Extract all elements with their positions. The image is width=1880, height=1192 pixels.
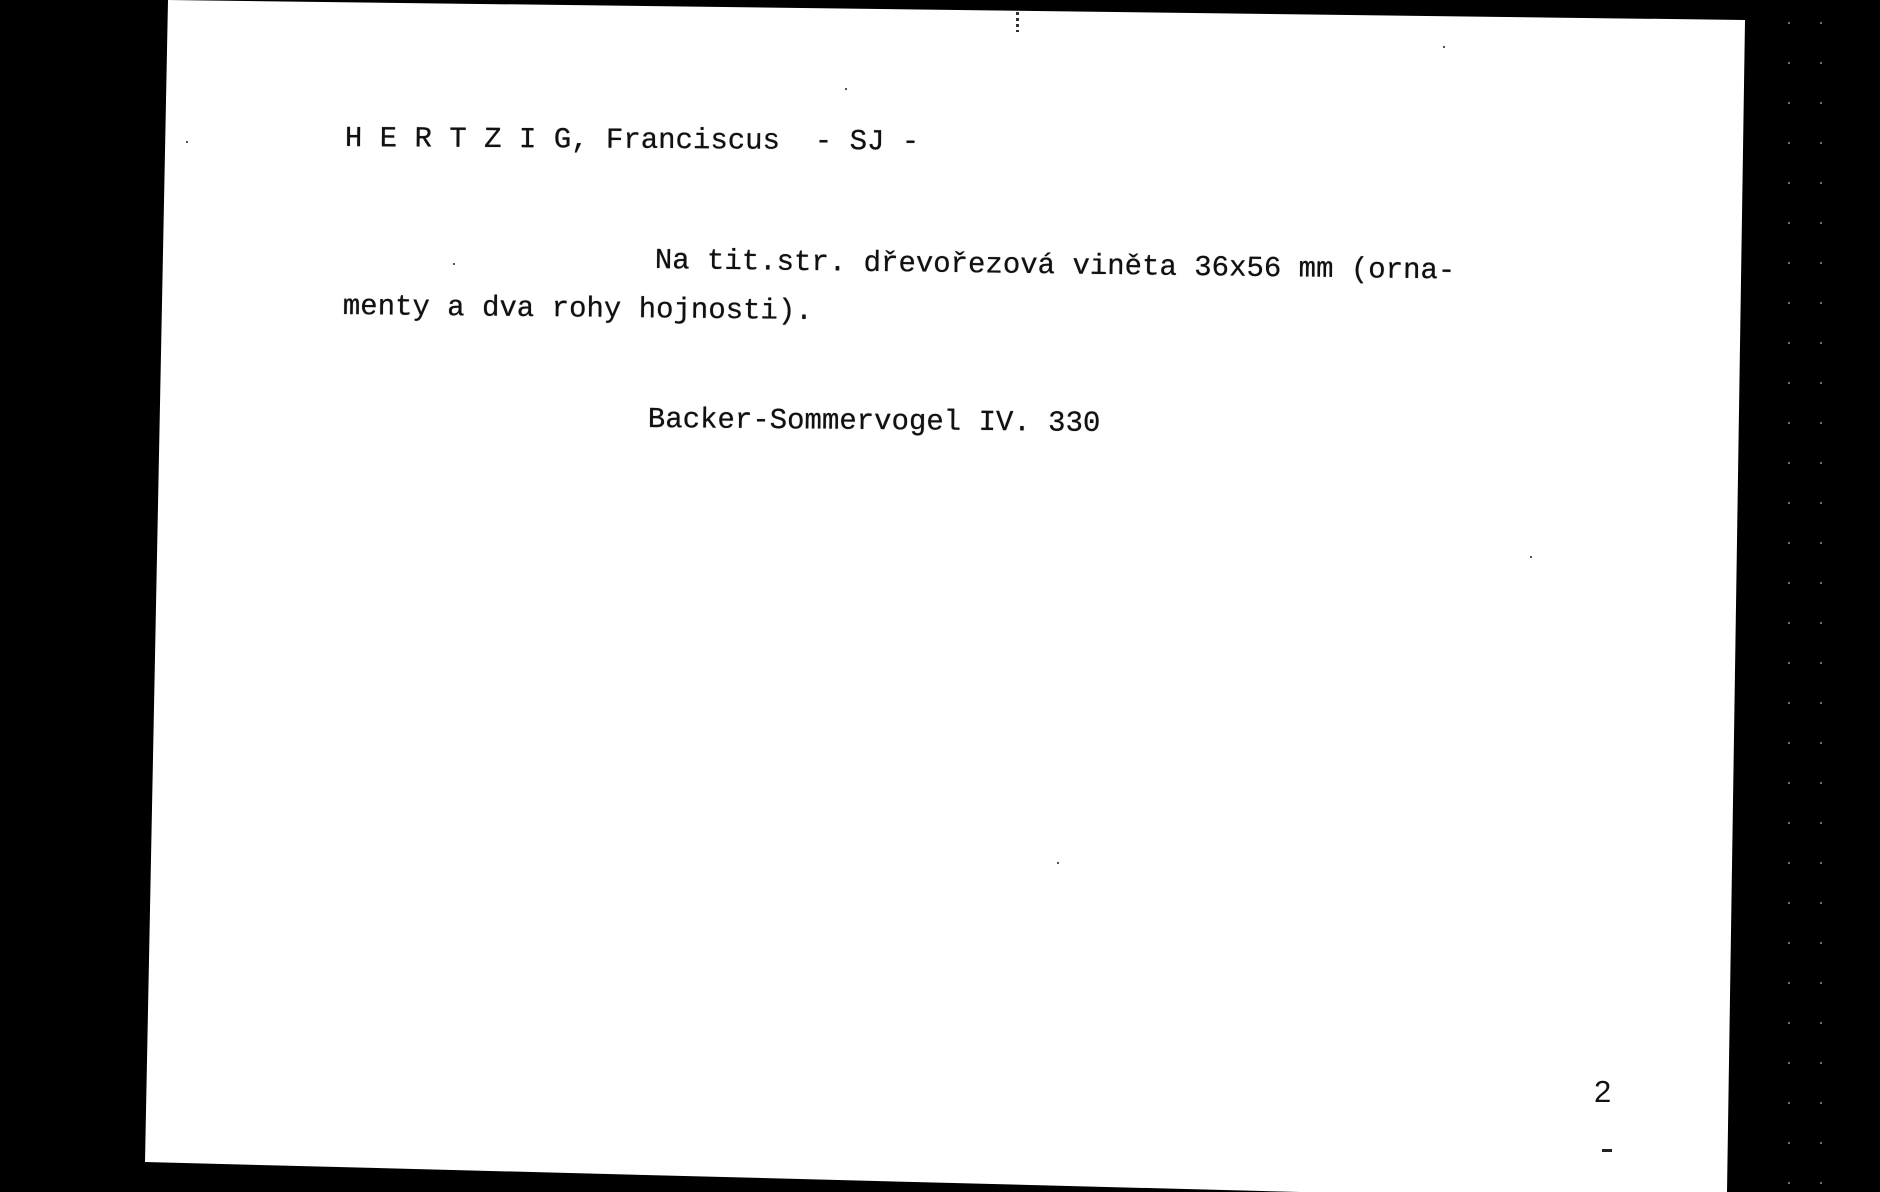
catalog-card: H E R T Z I G, Franciscus - SJ - Na tit.… bbox=[0, 0, 1880, 1192]
dust-speck bbox=[453, 263, 455, 265]
note-line-2: menty a dva rohy hojnosti). bbox=[343, 292, 813, 326]
dust-speck bbox=[1530, 556, 1532, 558]
bibliographic-reference: Backer-Sommervogel IV. 330 bbox=[648, 405, 1101, 438]
author-given-name: Franciscus bbox=[606, 124, 780, 158]
card-heading: H E R T Z I G, Franciscus - SJ - bbox=[345, 124, 920, 157]
heading-comma: , bbox=[571, 123, 606, 156]
ink-mark bbox=[1602, 1149, 1612, 1152]
heading-separator: - bbox=[815, 125, 833, 158]
religious-order: SJ bbox=[850, 125, 885, 158]
dust-speck bbox=[186, 141, 188, 143]
author-surname: H E R T Z I G bbox=[345, 122, 571, 156]
punch-mark bbox=[1016, 6, 1019, 32]
dust-speck bbox=[845, 88, 847, 90]
scan-stage: H E R T Z I G, Franciscus - SJ - Na tit.… bbox=[0, 0, 1880, 1192]
note-line-1: Na tit.str. dřevořezová viněta 36x56 mm … bbox=[655, 246, 1456, 285]
scanner-edge-noise bbox=[1750, 0, 1880, 1192]
dust-speck bbox=[1057, 862, 1059, 864]
heading-trailing-dash: - bbox=[902, 125, 920, 158]
card-number: 2 bbox=[1594, 1074, 1611, 1110]
dust-speck bbox=[1443, 46, 1445, 48]
